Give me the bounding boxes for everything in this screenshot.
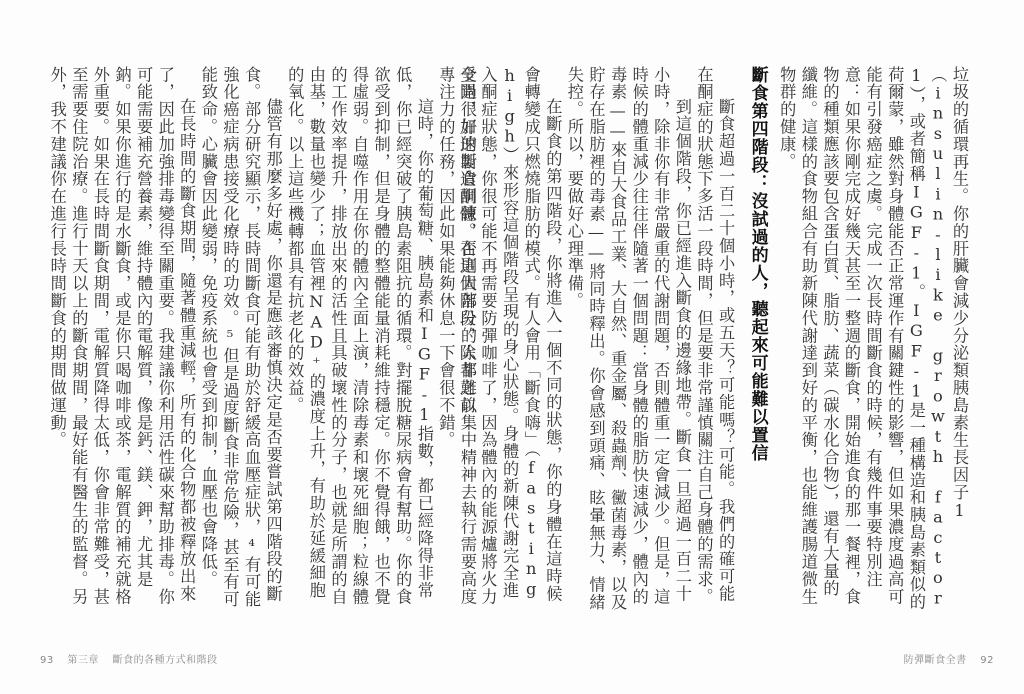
page-number: 92 (980, 655, 994, 666)
paragraph: 在斷食的第四階段，你將進入一個不同的狀態，你的身體在這時候會轉變成只燃燒脂肪的模… (455, 66, 563, 611)
page-number: 93 (40, 655, 54, 666)
right-page-body: 垃圾的循環再生。你的肝臟會減少分泌類胰島素生長因子1（insulin-like … (455, 66, 970, 611)
page-93: 受過很好的斷食訓練，否則大部分的人都難以集中精神去執行需要高度專注力的任務，因此… (0, 0, 512, 694)
paragraph: 儘管有那麼多好處，你還是應該審慎決定是否要嘗試第四階段的斷食。部分研究顯示，長時… (197, 66, 283, 611)
book-spread: 受過很好的斷食訓練，否則大部分的人都難以集中精神去執行需要高度專注力的任務，因此… (0, 0, 1024, 694)
page-footer: 防彈斷食全書 92 (894, 651, 994, 666)
paragraph: 這時，你的葡萄糖、胰島素和IGF-1指數，都已經降得非常低，你已經突破了胰島素阻… (284, 66, 435, 611)
section-heading: 斷食第四階段：沒試過的人，聽起來可能難以置信 (746, 66, 768, 611)
paragraph: 斷食超過一百二十個小時，或五天？可能嗎？可能。我們的確可能在酮症的狀態下多活一段… (693, 66, 736, 611)
paragraph: 到這個階段，你已經進入斷食的邊緣地帶。斷食一旦超過一百二十小時，除非你有非常嚴重… (563, 66, 693, 611)
chapter-label: 第三章 (67, 655, 99, 666)
left-page-body: 受過很好的斷食訓練，否則大部分的人都難以集中精神去執行需要高度專注力的任務，因此… (46, 66, 478, 611)
book-title: 防彈斷食全書 (904, 655, 967, 666)
page-92: 垃圾的循環再生。你的肝臟會減少分泌類胰島素生長因子1（insulin-like … (512, 0, 1024, 694)
chapter-title: 斷食的各種方式和階段 (113, 655, 218, 666)
paragraph: 在長時間的斷食期間，隨著體重減輕，所有的化合物都被釋放出來了，因此加強排毒變得至… (46, 66, 197, 611)
page-footer: 93 第三章 斷食的各種方式和階段 (40, 651, 228, 666)
paragraph: 垃圾的循環再生。你的肝臟會減少分泌類胰島素生長因子1（insulin-like … (776, 66, 970, 611)
